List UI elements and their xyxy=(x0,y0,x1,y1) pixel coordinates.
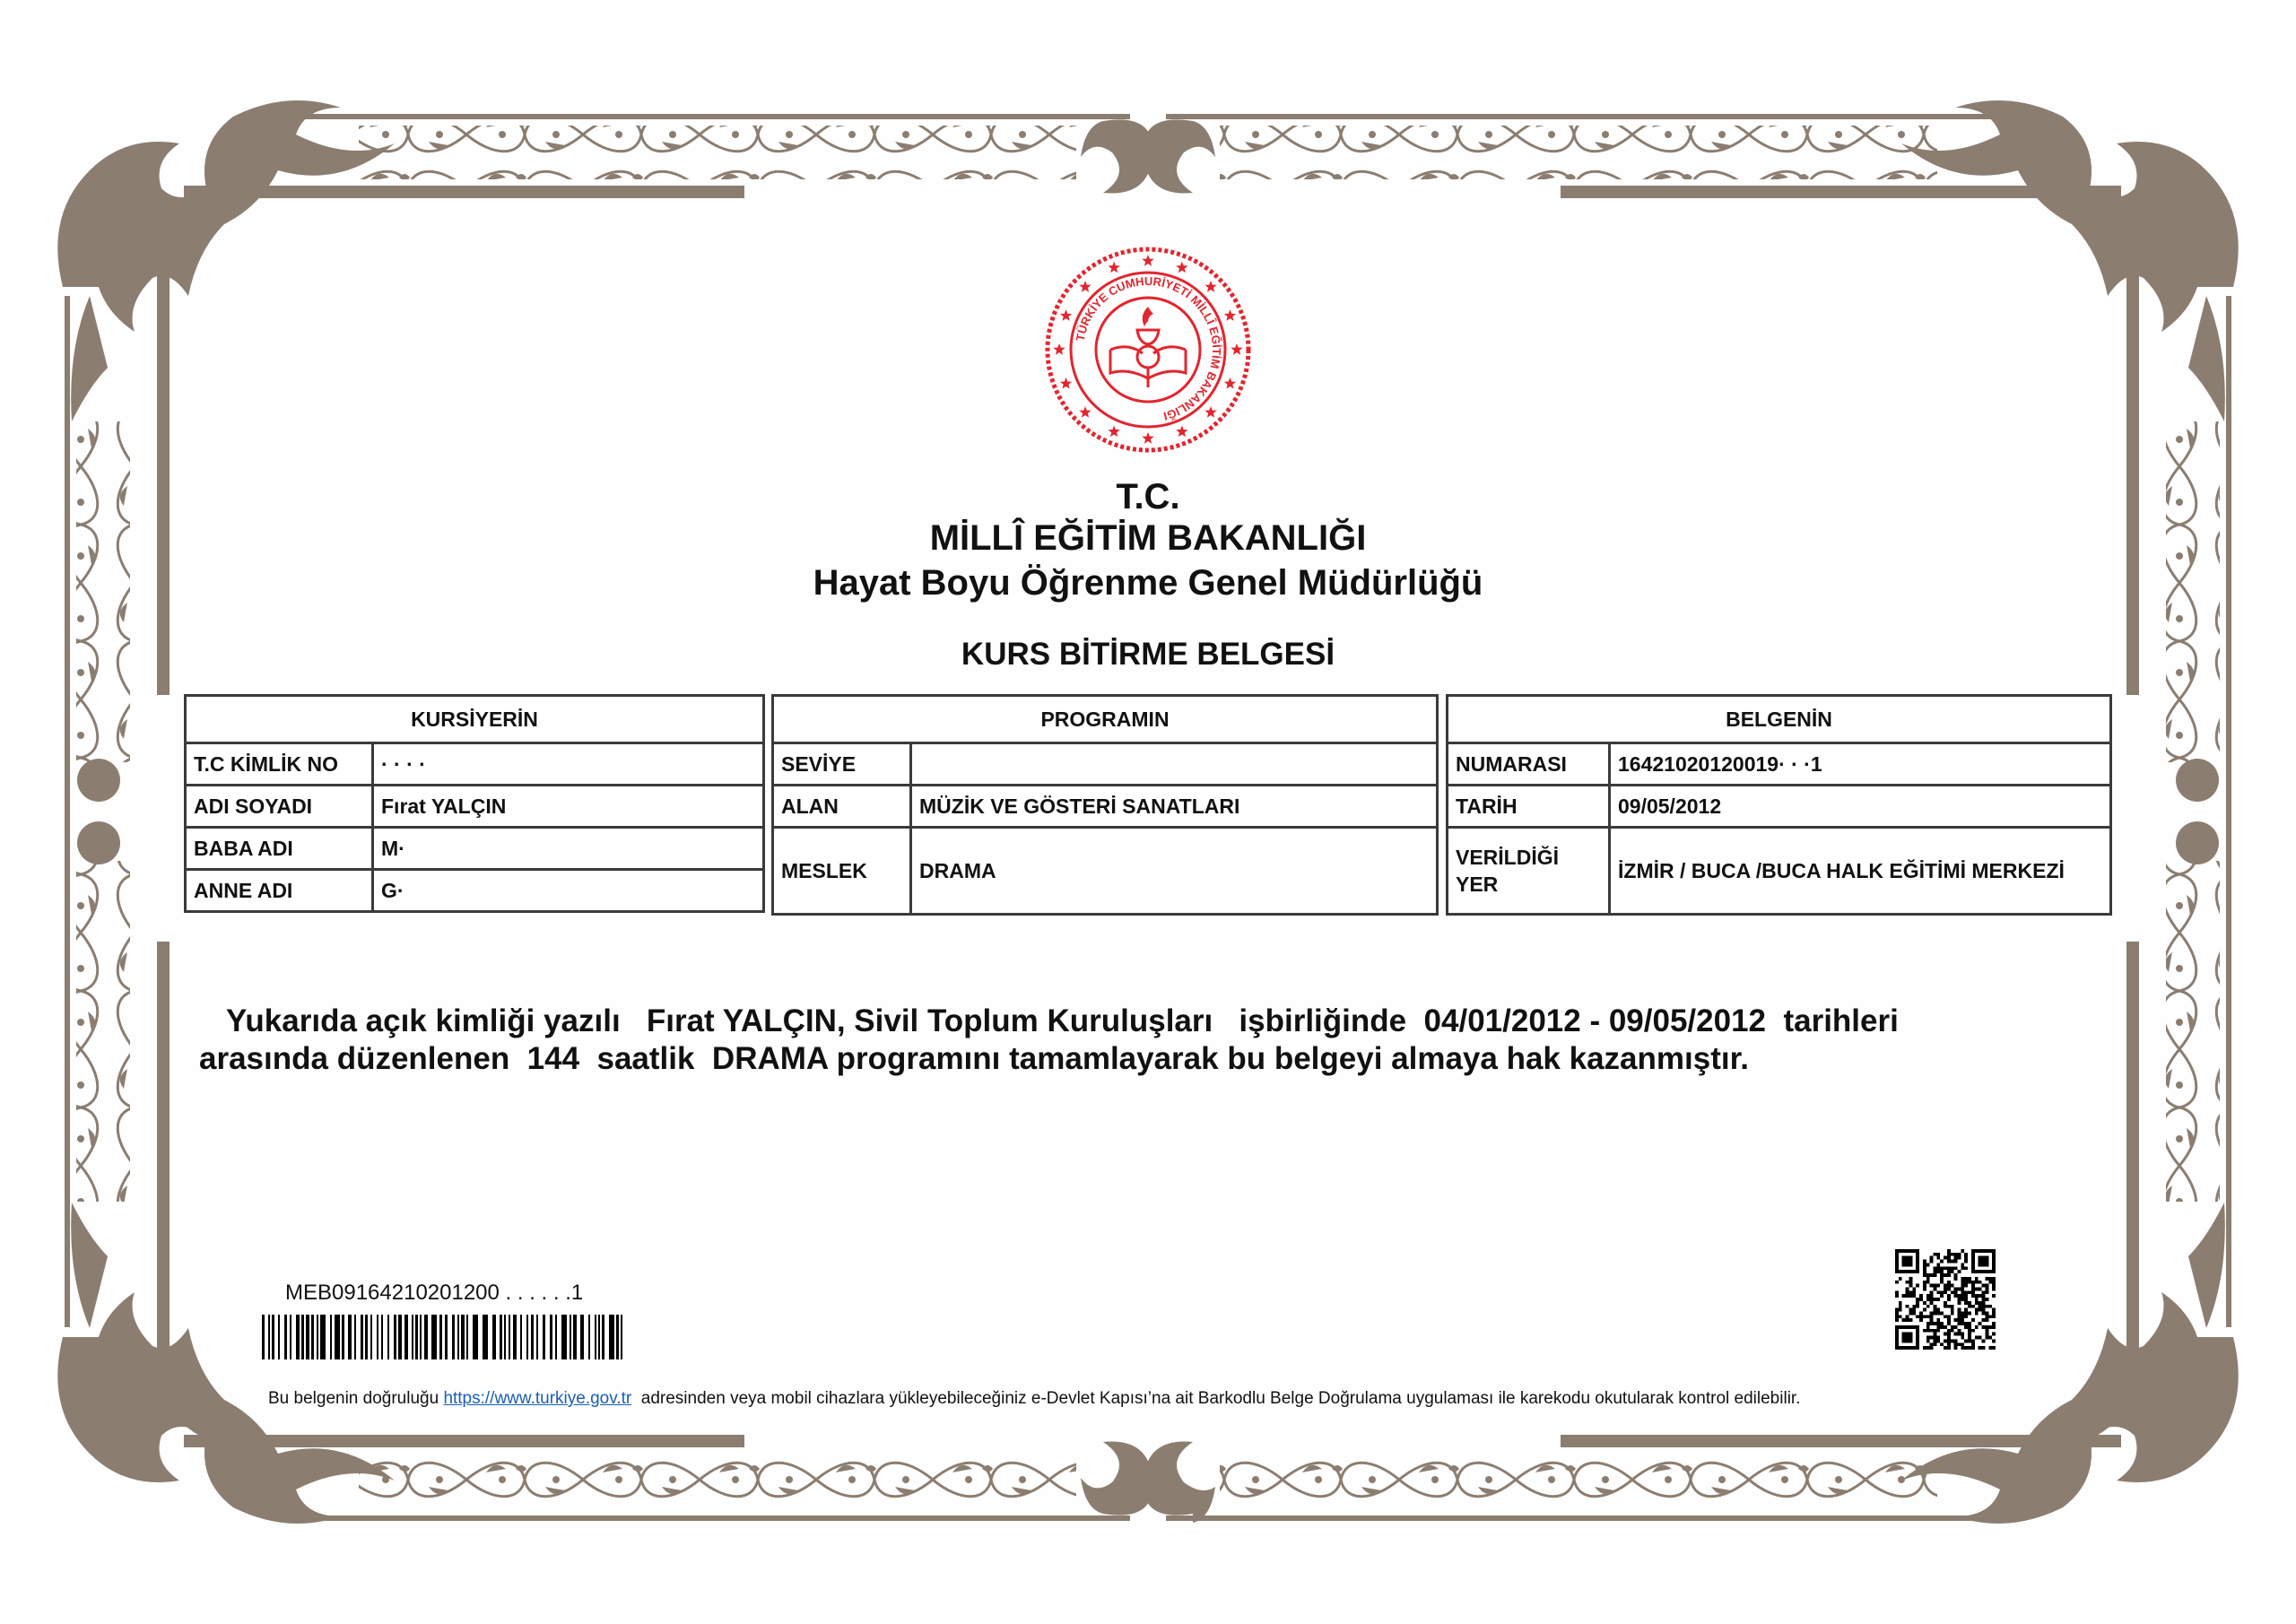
mother-name-label: ANNE ADI xyxy=(186,870,373,912)
table-row: MESLEKDRAMA xyxy=(773,828,1438,915)
level-value xyxy=(911,743,1438,786)
trainee-table: KURSİYERİN T.C KİMLİK NO· · · · ADI SOYA… xyxy=(184,694,765,913)
table-row: ADI SOYADIFırat YALÇIN xyxy=(186,786,764,828)
statement-line-2: arasında düzenlenen 144 saatlik DRAMA pr… xyxy=(199,1040,2127,1078)
table-row: ALANMÜZİK VE GÖSTERİ SANATLARI xyxy=(773,786,1438,828)
table-row: BABA ADIM· xyxy=(186,828,764,870)
statement-line-1: Yukarıda açık kimliği yazılı Fırat YALÇI… xyxy=(199,1003,2127,1040)
barcode-icon xyxy=(262,1315,628,1359)
header-directorate: Hayat Boyu Öğrenme Genel Müdürlüğü xyxy=(0,563,2296,604)
date-value: 09/05/2012 xyxy=(1610,786,2111,828)
program-table-title: PROGRAMIN xyxy=(773,696,1438,743)
certificate-table: BELGENİN NUMARASI16421020120019· · ·1 TA… xyxy=(1446,694,2112,916)
field-value: MÜZİK VE GÖSTERİ SANATLARI xyxy=(911,786,1438,828)
father-name-value: M· xyxy=(373,828,764,870)
table-row: SEVİYE xyxy=(773,743,1438,786)
profession-value: DRAMA xyxy=(911,828,1438,915)
table-row: TARİH09/05/2012 xyxy=(1448,786,2111,828)
number-label: NUMARASI xyxy=(1448,743,1610,786)
issued-place-value: İZMİR / BUCA /BUCA HALK EĞİTİMİ MERKEZİ xyxy=(1610,828,2111,915)
header-tc: T.C. xyxy=(0,477,2296,517)
barcode-number: MEB09164210201200 . . . . . .1 xyxy=(285,1281,583,1306)
field-label: ALAN xyxy=(773,786,911,828)
verification-suffix: adresinden veya mobil cihazlara yükleyeb… xyxy=(631,1389,1800,1408)
program-table: PROGRAMIN SEVİYE ALANMÜZİK VE GÖSTERİ SA… xyxy=(771,694,1439,916)
profession-label: MESLEK xyxy=(773,828,911,915)
table-row: ANNE ADIG· xyxy=(186,870,764,912)
issued-place-label-line1: VERİLDİĞİ xyxy=(1456,846,1559,869)
date-label: TARİH xyxy=(1448,786,1610,828)
table-row: NUMARASI16421020120019· · ·1 xyxy=(1448,743,2111,786)
name-label: ADI SOYADI xyxy=(186,786,373,828)
verification-prefix: Bu belgenin doğruluğu xyxy=(268,1389,443,1408)
issued-place-label-line2: YER xyxy=(1456,873,1498,896)
tc-no-label: T.C KİMLİK NO xyxy=(186,743,373,786)
name-value: Fırat YALÇIN xyxy=(373,786,764,828)
header-ministry: MİLLÎ EĞİTİM BAKANLIĞI xyxy=(0,518,2296,559)
table-row: T.C KİMLİK NO· · · · xyxy=(186,743,764,786)
trainee-table-title: KURSİYERİN xyxy=(186,696,764,743)
certificate-statement: Yukarıda açık kimliği yazılı Fırat YALÇI… xyxy=(199,1003,2127,1078)
certificate-table-title: BELGENİN xyxy=(1448,696,2111,743)
father-name-label: BABA ADI xyxy=(186,828,373,870)
level-label: SEVİYE xyxy=(773,743,911,786)
table-row: VERİLDİĞİ YER İZMİR / BUCA /BUCA HALK EĞ… xyxy=(1448,828,2111,915)
issued-place-label: VERİLDİĞİ YER xyxy=(1448,828,1610,915)
tc-no-value: · · · · xyxy=(373,743,764,786)
number-value: 16421020120019· · ·1 xyxy=(1610,743,2111,786)
verification-note: Bu belgenin doğruluğu https://www.turkiy… xyxy=(268,1389,1800,1409)
mother-name-value: G· xyxy=(373,870,764,912)
qr-code-icon xyxy=(1895,1249,1996,1350)
turkiye-gov-link[interactable]: https://www.turkiye.gov.tr xyxy=(443,1389,631,1408)
document-title: KURS BİTİRME BELGESİ xyxy=(0,637,2296,673)
meb-emblem-icon: TÜRKİYE CUMHURİYETİ MİLLÎ EĞİTİM BAKANLI… xyxy=(1040,242,1256,457)
